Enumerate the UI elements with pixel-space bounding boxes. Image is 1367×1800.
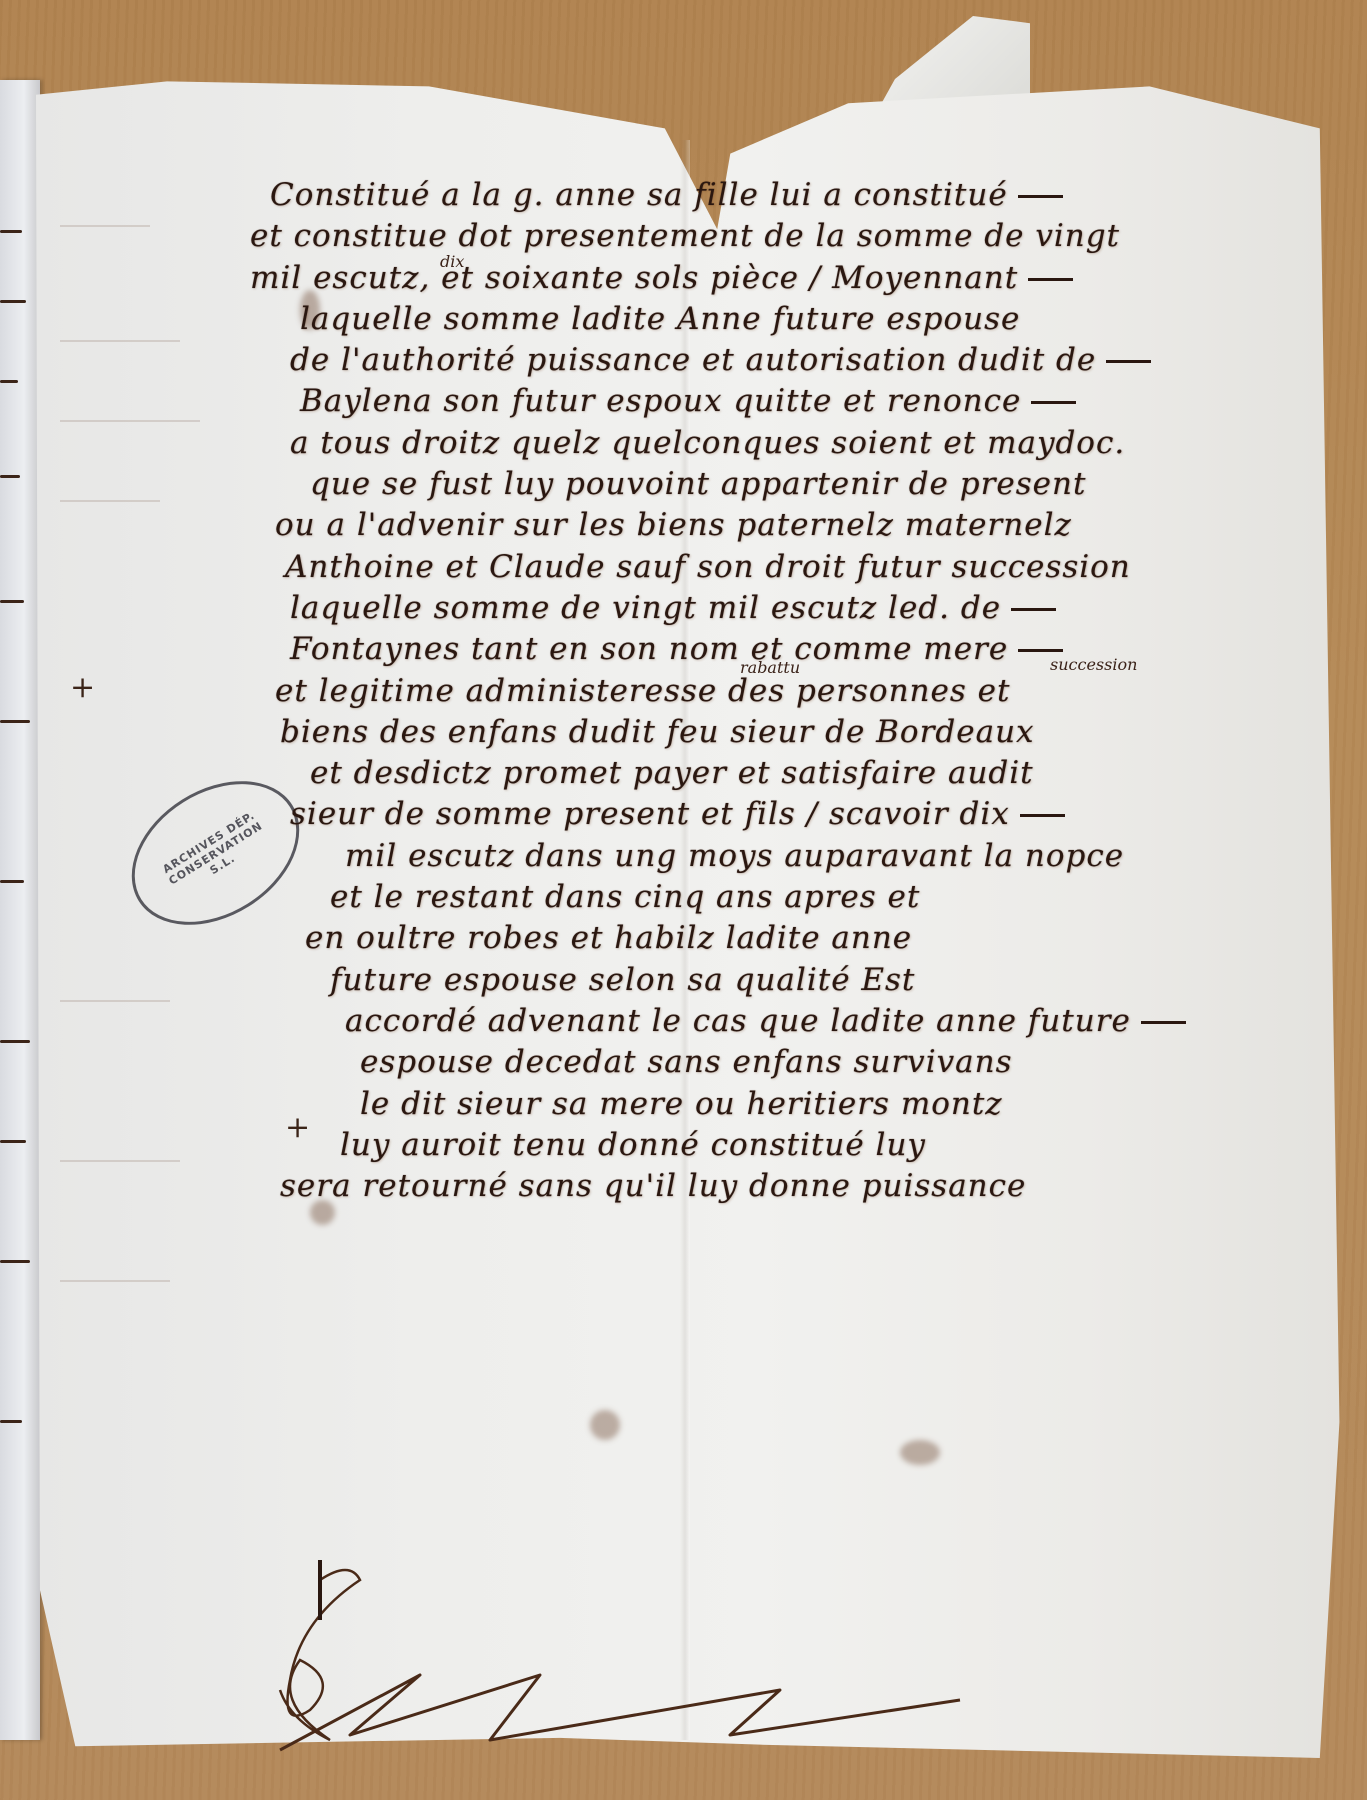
text-line: et desdictz promet payer et satisfaire a…	[230, 753, 1230, 794]
text-line: luy auroit tenu donné constitué luy	[230, 1125, 1230, 1166]
text-line: Constitué a la g. anne sa fille lui a co…	[230, 175, 1230, 216]
margin-mark: +	[70, 670, 95, 705]
text-line: le dit sieur sa mere ou heritiers montz	[230, 1084, 1230, 1125]
text-line: Fontaynes tant en son nom et comme mere	[230, 629, 1230, 670]
text-line: accordé advenant le cas que ladite anne …	[230, 1001, 1230, 1042]
ink-mark	[0, 600, 24, 603]
text-line: mil escutz, et soixante sols pièce / Moy…	[230, 258, 1230, 299]
text-line: biens des enfans dudit feu sieur de Bord…	[230, 712, 1230, 753]
text-line: Anthoine et Claude sauf son droit futur …	[230, 547, 1230, 588]
text-line: future espouse selon sa qualité Est	[230, 960, 1230, 1001]
bleed-through	[60, 1160, 180, 1162]
bleed-through	[60, 225, 150, 227]
ink-mark	[0, 1140, 26, 1143]
text-line: de l'authorité puissance et autorisation…	[230, 340, 1230, 381]
text-line: espouse decedat sans enfans survivans	[230, 1042, 1230, 1083]
ink-mark	[0, 230, 22, 233]
text-line: sera retourné sans qu'il luy donne puiss…	[230, 1166, 1230, 1207]
ink-mark	[0, 380, 18, 383]
text-line: laquelle somme de vingt mil escutz led. …	[230, 588, 1230, 629]
ink-mark	[0, 1420, 22, 1423]
ink-mark	[0, 1260, 30, 1263]
text-line: sieur de somme present et fils / scavoir…	[230, 794, 1230, 835]
text-line: ou a l'advenir sur les biens paternelz m…	[230, 505, 1230, 546]
bleed-through	[60, 500, 160, 502]
signature-flourish	[260, 1560, 1160, 1760]
manuscript-text: Constitué a la g. anne sa fille lui a co…	[230, 175, 1230, 1207]
ink-blot	[900, 1440, 940, 1465]
text-line: Baylena son futur espoux quitte et renon…	[230, 381, 1230, 422]
ink-mark	[0, 1040, 30, 1043]
text-line: et constitue dot presentement de la somm…	[230, 216, 1230, 257]
text-line: et legitime administeresse des personnes…	[230, 671, 1230, 712]
underlying-page-edge	[0, 80, 40, 1740]
bleed-through	[60, 420, 200, 422]
ink-mark	[0, 880, 24, 883]
text-line: laquelle somme ladite Anne future espous…	[230, 299, 1230, 340]
text-line: en oultre robes et habilz ladite anne	[230, 918, 1230, 959]
bleed-through	[60, 340, 180, 342]
ink-mark	[0, 475, 20, 478]
text-line: mil escutz dans ung moys auparavant la n…	[230, 836, 1230, 877]
ink-mark	[0, 720, 30, 723]
text-line: et le restant dans cinq ans apres et	[230, 877, 1230, 918]
bleed-through	[60, 1280, 170, 1282]
bleed-through	[60, 1000, 170, 1002]
ink-mark	[0, 300, 26, 303]
ink-blot	[590, 1410, 620, 1440]
text-line: a tous droitz quelz quelconques soient e…	[230, 423, 1230, 464]
text-line: que se fust luy pouvoint appartenir de p…	[230, 464, 1230, 505]
